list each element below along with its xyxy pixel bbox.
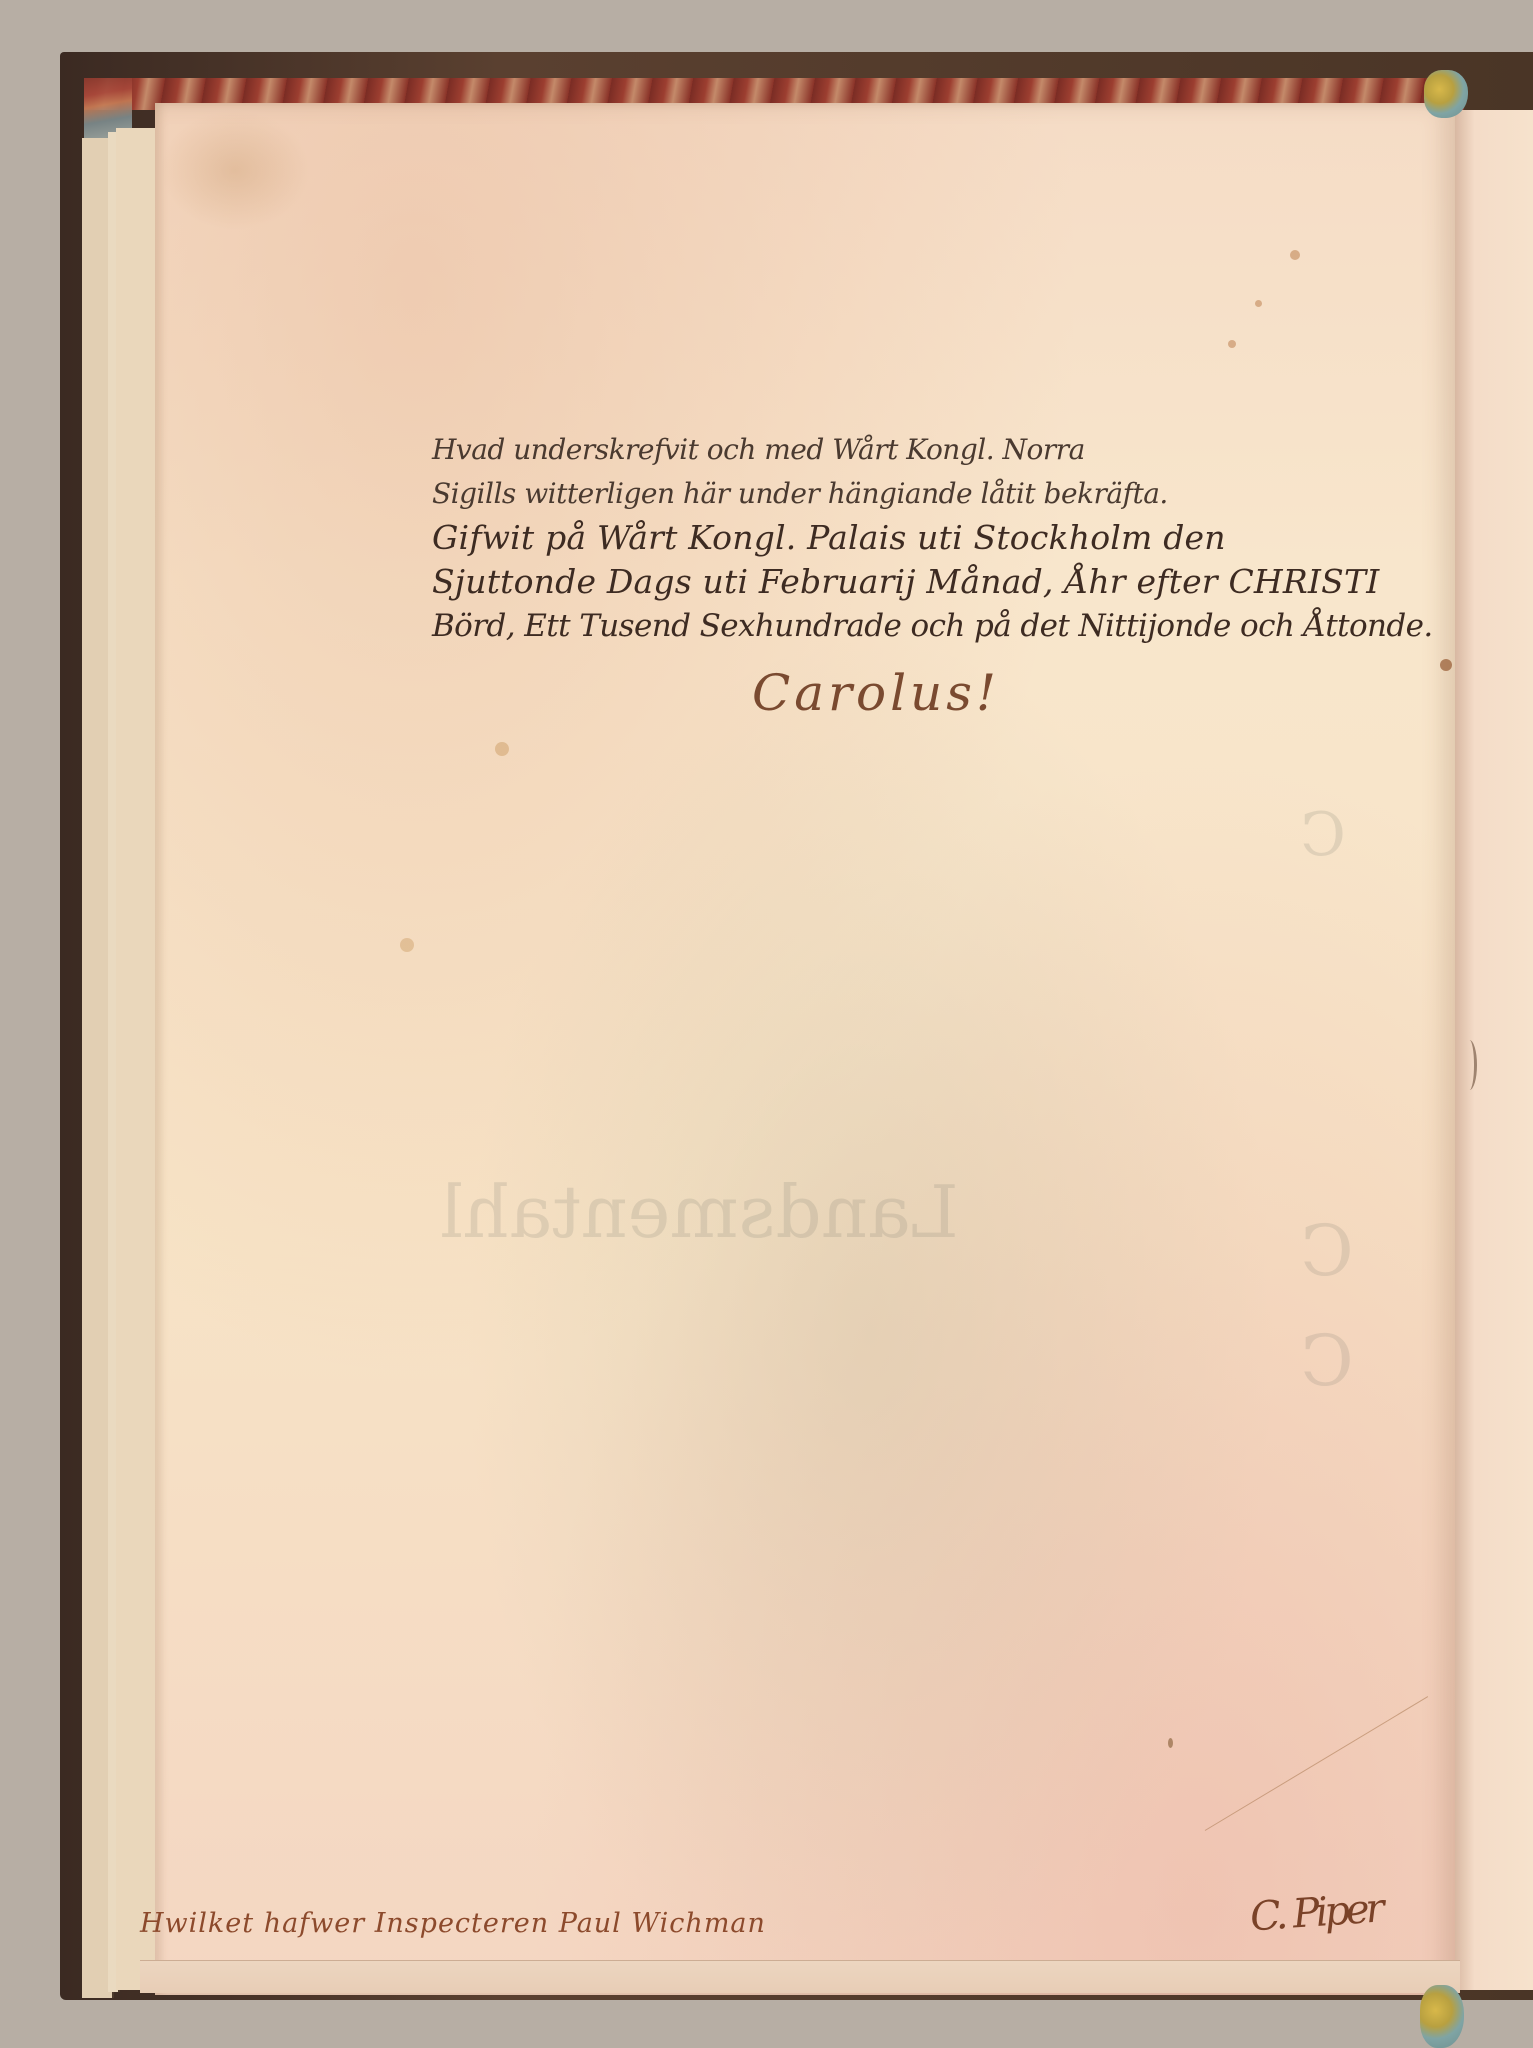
bleed-through-initial: C bbox=[1300, 1320, 1354, 1402]
manuscript-page bbox=[155, 103, 1455, 1995]
text-line: Sjuttonde Dags uti Februarij Månad, Åhr … bbox=[432, 560, 1332, 604]
page-bottom-fold bbox=[140, 1960, 1460, 1993]
foxing-spot bbox=[1255, 300, 1262, 307]
page-crease bbox=[1462, 1040, 1477, 1090]
water-stain bbox=[160, 110, 310, 230]
foxing-spot bbox=[1290, 250, 1300, 260]
text-line: Sigills witterligen här under hängiande … bbox=[432, 472, 1332, 516]
bleed-through-heading: Landsmentahl bbox=[440, 1170, 959, 1254]
foxing-spot bbox=[1168, 1738, 1173, 1748]
text-line: Hvad underskrefvit och med Wårt Kongl. N… bbox=[432, 428, 1332, 472]
foxing-spot bbox=[1440, 659, 1452, 671]
text-line: Börd, Ett Tusend Sexhundrade och på det … bbox=[432, 604, 1332, 648]
bleed-through-initial: C bbox=[1300, 800, 1346, 870]
bookmark-tassel-icon bbox=[1424, 70, 1468, 118]
bookmark-tassel-icon bbox=[1420, 1985, 1464, 2048]
text-line: Gifwit på Wårt Kongl. Palais uti Stockho… bbox=[432, 516, 1332, 560]
royal-signature: Carolus! bbox=[752, 664, 1000, 722]
foxing-spot bbox=[400, 938, 414, 952]
manuscript-text-block: Hvad underskrefvit och med Wårt Kongl. N… bbox=[432, 428, 1332, 648]
footer-annotation: Hwilket hafwer Inspecteren Paul Wichman bbox=[140, 1908, 766, 1939]
foxing-spot bbox=[495, 742, 509, 756]
page-edge bbox=[116, 128, 158, 1990]
foxing-spot bbox=[1228, 340, 1236, 348]
counter-signature: C. Piper bbox=[1249, 1885, 1383, 1940]
bleed-through-initial: C bbox=[1300, 1210, 1354, 1292]
